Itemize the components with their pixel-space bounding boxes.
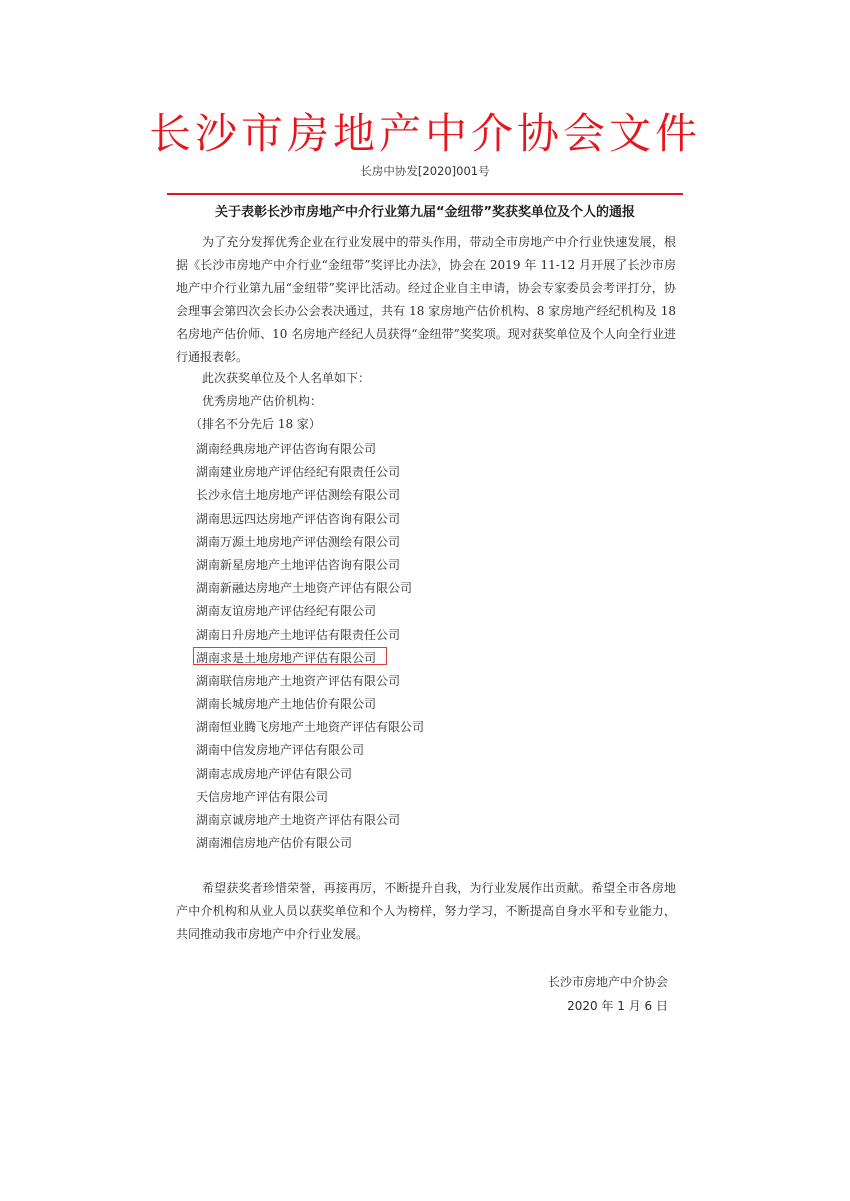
closing-paragraph: 希望获奖者珍惜荣誉，再接再厉，不断提升自我，为行业发展作出贡献。希望全市各房地产…: [176, 877, 676, 946]
category-label: 优秀房地产估价机构：: [202, 391, 322, 411]
company-list-item: 湖南京诚房地产土地资产评估有限公司: [196, 810, 424, 833]
company-list-item: 湖南日升房地产土地评估有限责任公司: [196, 625, 424, 648]
signature-organization: 长沙市房地产中介协会: [548, 972, 668, 992]
company-list-item: 湖南志成房地产评估有限公司: [196, 764, 424, 787]
red-divider-line: [167, 193, 683, 195]
company-list-item: 湖南恒业腾飞房地产土地资产评估有限公司: [196, 717, 424, 740]
company-list-item: 湖南新融达房地产土地资产评估有限公司: [196, 578, 424, 601]
list-intro: 此次获奖单位及个人名单如下：: [202, 368, 370, 388]
award-company-list: 湖南经典房地产评估咨询有限公司 湖南建业房地产评估经纪有限责任公司 长沙永信土地…: [196, 439, 424, 856]
notice-title: 关于表彰长沙市房地产中介行业第九届“金纽带”奖获奖单位及个人的通报: [0, 203, 850, 223]
company-list-item: 湖南万源土地房地产评估测绘有限公司: [196, 532, 424, 555]
company-list-item: 湖南湘信房地产估价有限公司: [196, 833, 424, 856]
ranking-note: （排名不分先后 18 家）: [190, 414, 321, 434]
intro-paragraph: 为了充分发挥优秀企业在行业发展中的带头作用，带动全市房地产中介行业快速发展，根据…: [176, 231, 676, 369]
company-list-item: 湖南中信发房地产评估有限公司: [196, 740, 424, 763]
company-list-item: 湖南友谊房地产评估经纪有限公司: [196, 601, 424, 624]
company-list-item: 湖南长城房地产土地估价有限公司: [196, 694, 424, 717]
company-list-item: 湖南经典房地产评估咨询有限公司: [196, 439, 424, 462]
signature-date: 2020 年 1 月 6 日: [567, 996, 668, 1016]
company-list-item: 长沙永信土地房地产评估测绘有限公司: [196, 485, 424, 508]
company-list-item: 天信房地产评估有限公司: [196, 787, 424, 810]
company-list-item: 湖南思远四达房地产评估咨询有限公司: [196, 509, 424, 532]
document-header-title: 长沙市房地产中介协会文件: [0, 106, 850, 162]
company-list-item: 湖南建业房地产评估经纪有限责任公司: [196, 462, 424, 485]
company-list-item-highlighted: 湖南求是土地房地产评估有限公司: [196, 648, 424, 671]
document-page: 长沙市房地产中介协会文件 长房中协发[2020]001号 关于表彰长沙市房地产中…: [0, 0, 850, 1201]
company-list-item: 湖南联信房地产土地资产评估有限公司: [196, 671, 424, 694]
document-number: 长房中协发[2020]001号: [0, 163, 850, 179]
company-list-item: 湖南新星房地产土地评估咨询有限公司: [196, 555, 424, 578]
